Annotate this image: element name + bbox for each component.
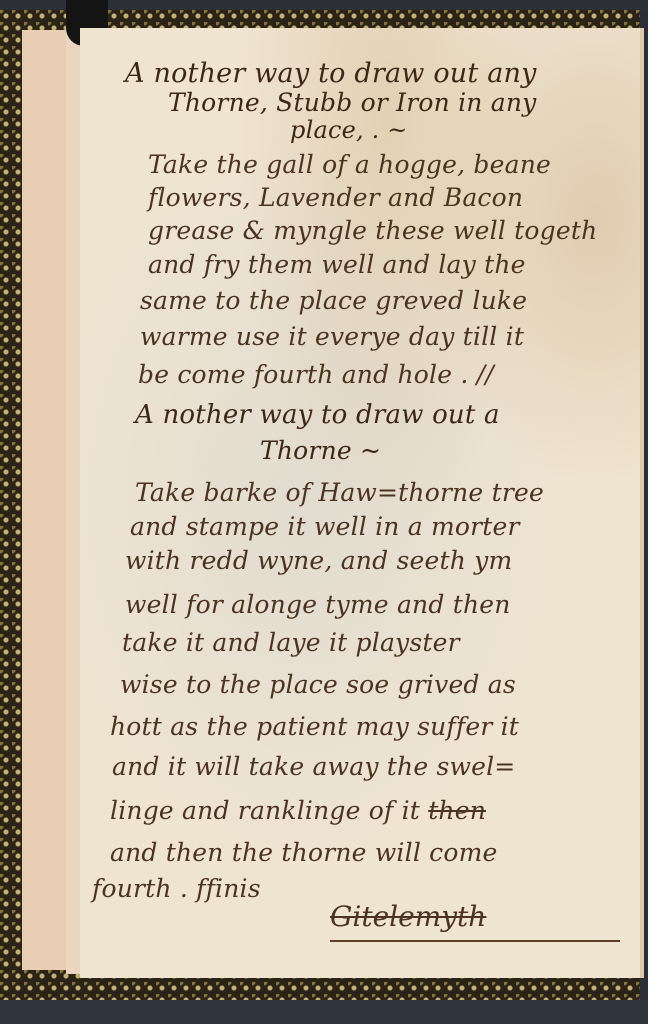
recipe-1-body-line: be come fourth and hole . // [138, 360, 494, 389]
struck-word: then [428, 796, 486, 825]
recipe-2-body-line: with redd wyne, and seeth ym [125, 546, 512, 575]
flyleaf-left [22, 30, 70, 970]
recipe-1-body-line: warme use it everye day till it [140, 322, 524, 351]
recipe-2-body-line: hott as the patient may suffer it [110, 712, 519, 741]
flyleaf-gutter [66, 28, 81, 974]
recipe-2-body-line: wise to the place soe grived as [120, 670, 516, 699]
recipe-2-body-text: linge and ranklinge of it [110, 796, 420, 825]
recipe-1-body-line: same to the place greved luke [140, 286, 527, 315]
recipe-2-body-line: and stampe it well in a morter [130, 512, 520, 541]
recipe-2-body-line: and it will take away the swel= [112, 752, 515, 781]
recipe-2-title-line-2: Thorne ~ [260, 436, 381, 465]
recipe-2-body-line: Take barke of Haw=thorne tree [135, 478, 544, 507]
recipe-1-body-line: Take the gall of a hogge, beane [148, 150, 551, 179]
recipe-1-body-line: flowers, Lavender and Bacon [148, 183, 523, 212]
recipe-2-body-line: fourth . ffinis [92, 874, 261, 903]
recipe-1-body-line: and fry them well and lay the [148, 250, 526, 279]
manuscript-page: A nother way to draw out any Thorne, Stu… [80, 28, 644, 978]
signature: Gitelemyth [330, 900, 486, 933]
bottom-binding-cloth [0, 1000, 648, 1024]
recipe-1-title-line-2: Thorne, Stubb or Iron in any [168, 88, 536, 117]
signature-flourish [330, 940, 620, 942]
recipe-2-body-line: linge and ranklinge of it then [110, 796, 486, 825]
recipe-2-body-line: and then the thorne will come [110, 838, 498, 867]
recipe-1-title-line-1: A nother way to draw out any [125, 58, 537, 89]
recipe-2-title-line-1: A nother way to draw out a [135, 400, 500, 430]
recipe-1-title-line-3: place, . ~ [290, 116, 408, 144]
recipe-2-body-line: well for alonge tyme and then [125, 590, 511, 619]
recipe-1-body-line: grease & myngle these well togeth [148, 216, 597, 245]
recipe-2-body-line: take it and laye it playster [122, 628, 460, 657]
